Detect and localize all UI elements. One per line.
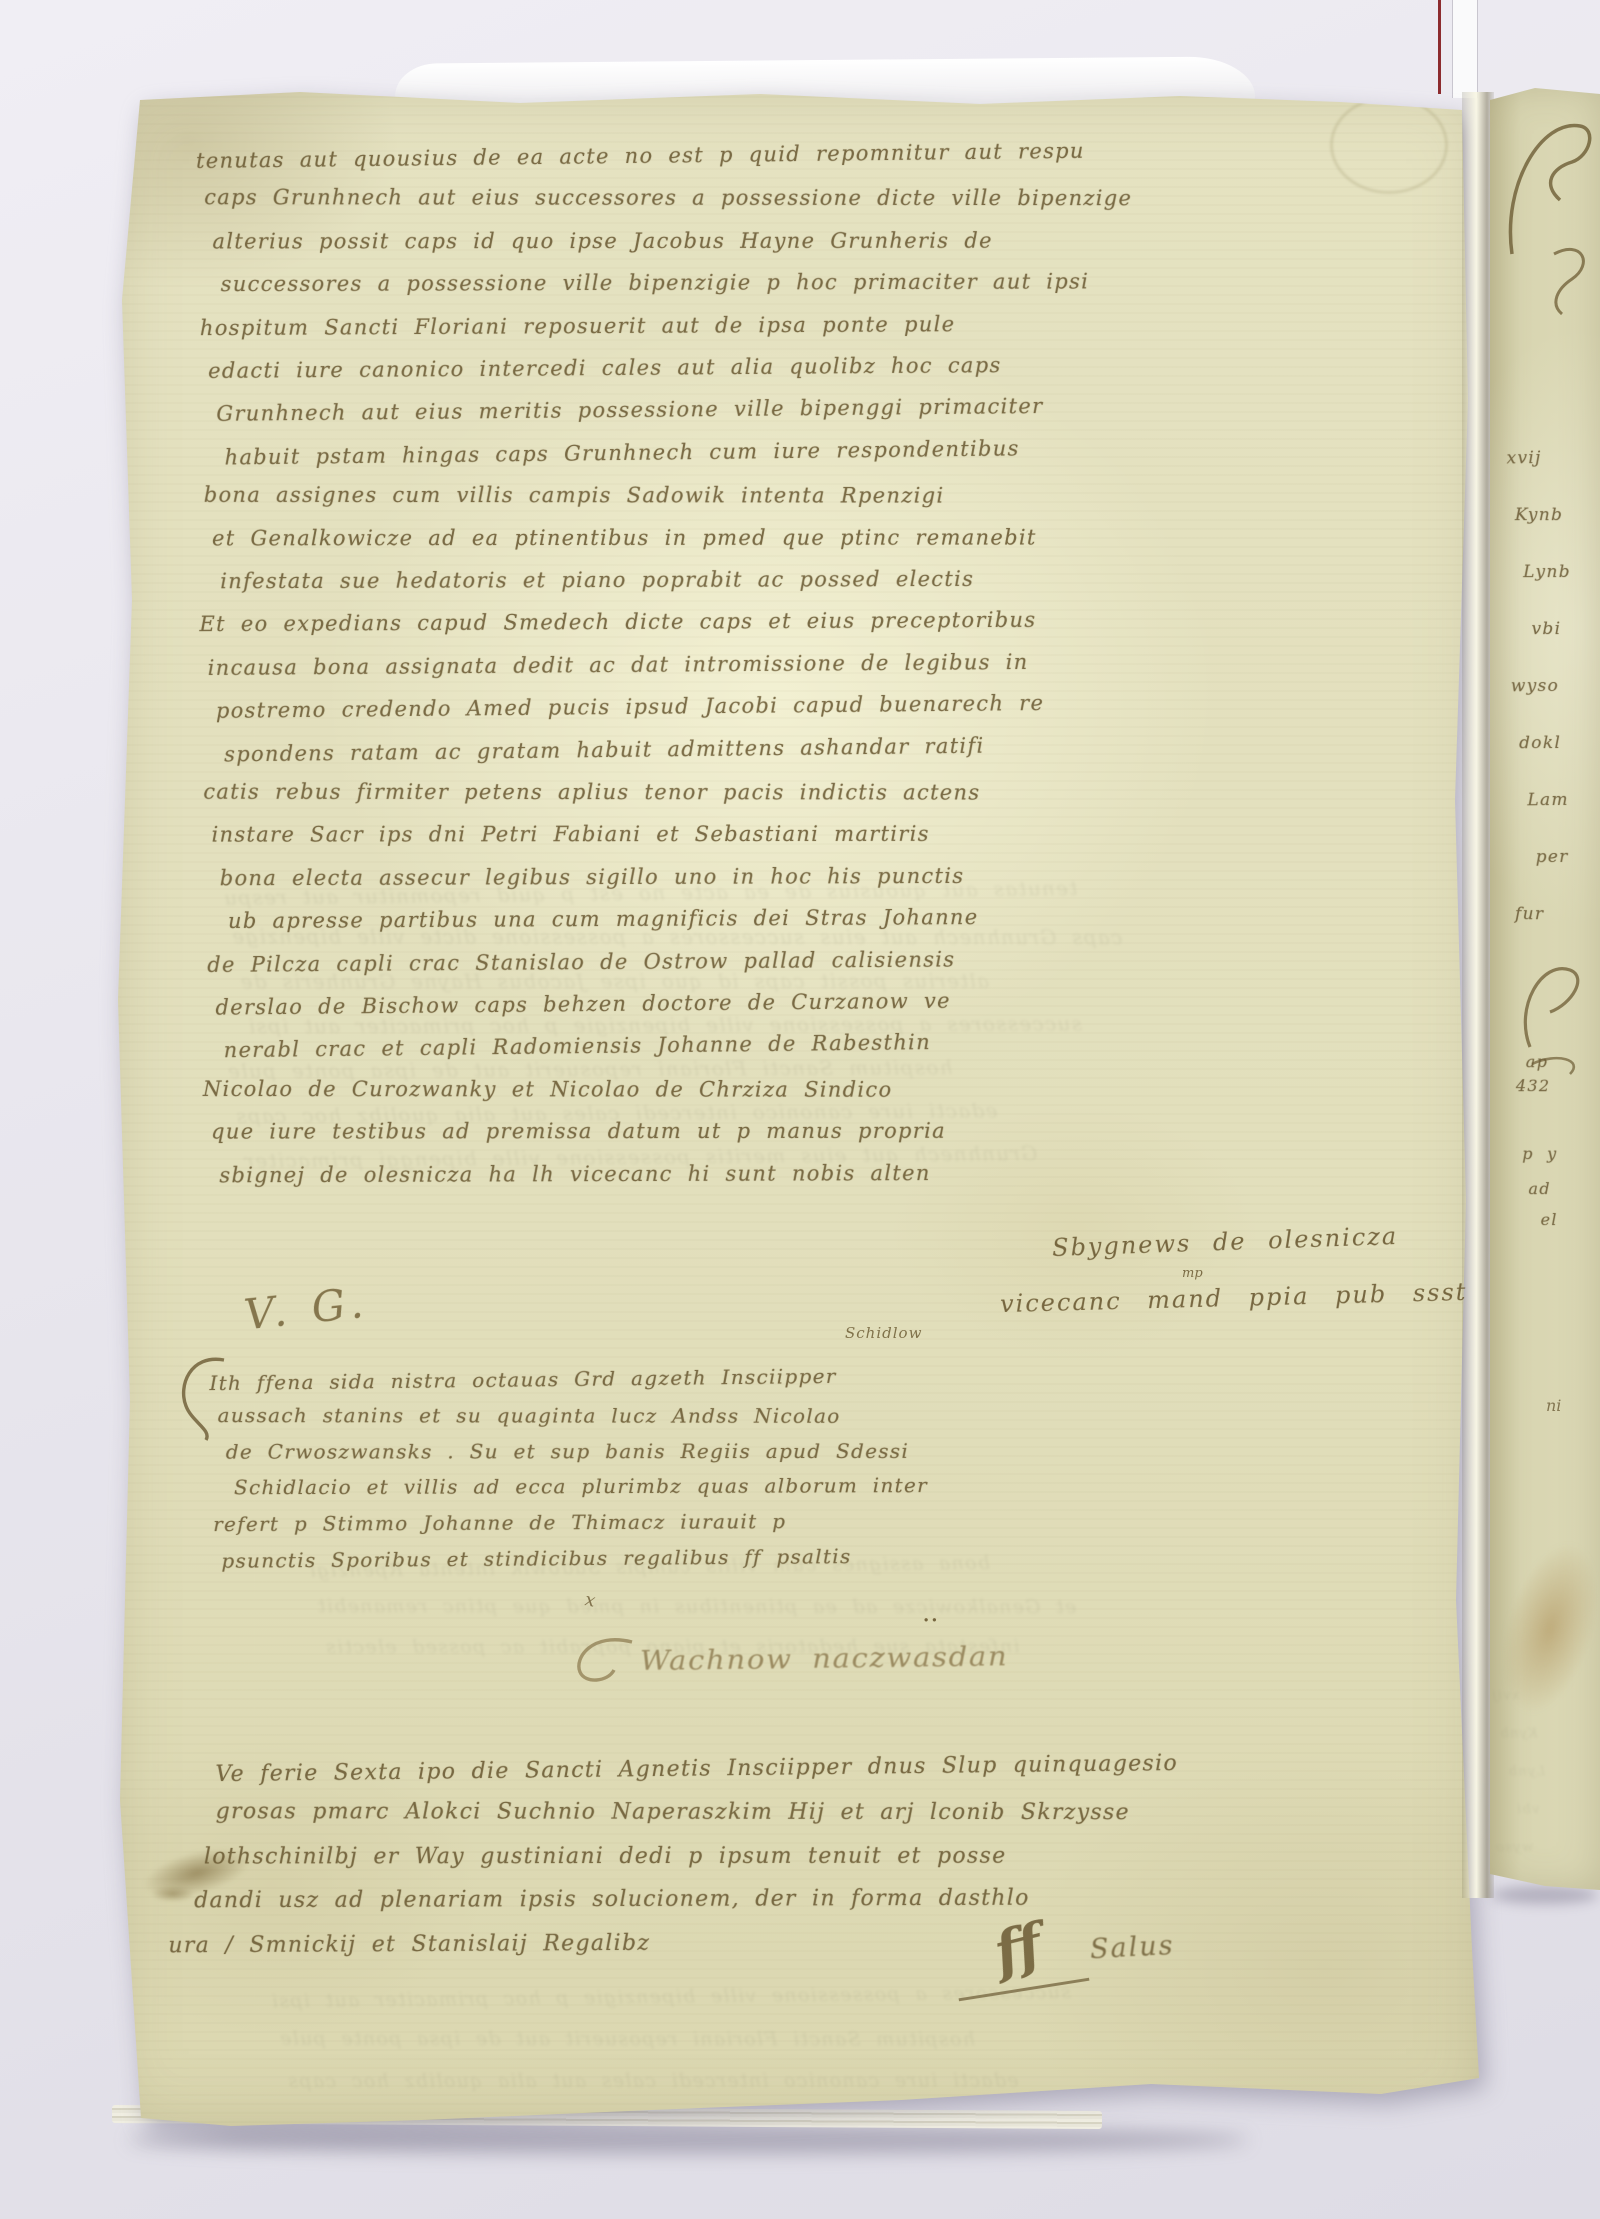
manuscript-left-page: [105, 80, 1490, 2132]
ink-smudge-small: [151, 1886, 195, 1902]
book-gutter: [1462, 92, 1494, 1898]
scan-backdrop: tenutas aut quousius de ea acte no est p…: [0, 0, 1600, 2219]
flourish-top-icon: [1502, 104, 1598, 324]
brown-stain: [1485, 1533, 1600, 1725]
flourish-mid-icon: [1512, 952, 1598, 1082]
ring-stain: [1330, 96, 1448, 194]
manuscript-right-page: [1490, 86, 1600, 1890]
left-page-wrap: [105, 80, 1490, 2132]
laid-paper-texture: [105, 80, 1490, 2132]
right-page-shadow: [1492, 1886, 1598, 1904]
